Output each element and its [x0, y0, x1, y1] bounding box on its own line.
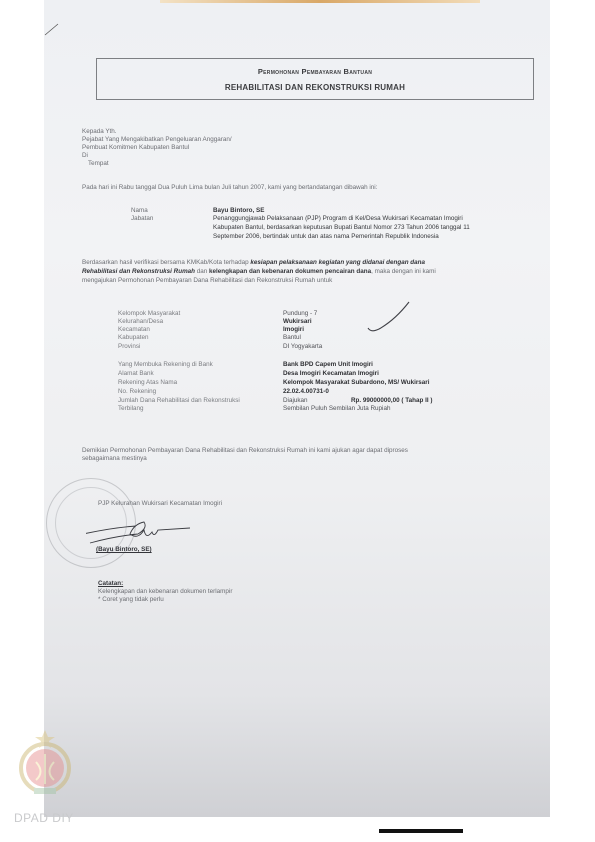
signer-name: (Bayu Bintoro, SE)	[96, 546, 152, 554]
jabatan-line-2: Kabupaten Bantul, berdasarkan keputusan …	[213, 224, 470, 232]
checkmark-icon	[365, 298, 425, 338]
detail-label: Provinsi	[118, 343, 140, 351]
body-emphasis-1: kesiapan pelaksanaan kegiatan yang didan…	[250, 259, 425, 266]
paper-top-edge	[160, 0, 480, 3]
detail-value: DI Yogyakarta	[283, 343, 322, 351]
signature-icon	[86, 510, 196, 550]
detail-value: Sembilan Puluh Sembilan Juta Rupiah	[283, 405, 390, 413]
title-line-2: REHABILITASI DAN REKONSTRUKSI RUMAH	[97, 83, 533, 92]
detail-value: Desa Imogiri Kecamatan Imogiri	[283, 370, 379, 378]
signature-role: PJP Kelurahan Wukirsari Kecamatan Imogir…	[98, 500, 222, 508]
body-line-1: Berdasarkan hasil verifikasi bersama KMK…	[82, 259, 425, 267]
pen-mark-icon	[44, 22, 60, 36]
page-divider-bar	[379, 829, 463, 833]
detail-label: Rekening Atas Nama	[118, 379, 177, 387]
body-text-2: dan	[195, 268, 209, 275]
closing-line-2: sebagaimana mestinya	[82, 455, 147, 463]
detail-label: Terbilang	[118, 405, 144, 413]
jabatan-label: Jabatan	[131, 215, 153, 223]
detail-label: Alamat Bank	[118, 370, 154, 378]
jabatan-line-3: September 2006, bertindak untuk dan atas…	[213, 233, 439, 241]
addressee-line-5: Tempat	[88, 160, 109, 168]
title-line-1: Permohonan Pembayaran Bantuan	[97, 67, 533, 76]
body-line-3: mengajukan Permohonan Pembayaran Dana Re…	[82, 277, 332, 285]
body-emphasis-2: Rehabilitasi dan Rekonstruksi Rumah	[82, 268, 195, 275]
detail-label: No. Rekening	[118, 388, 156, 396]
detail-value: Kelompok Masyarakat Subardono, MS/ Wukir…	[283, 379, 430, 387]
body-line-2: Rehabilitasi dan Rekonstruksi Rumah dan …	[82, 268, 436, 276]
jabatan-line-1: Penanggungjawab Pelaksanaan (PJP) Progra…	[213, 215, 463, 223]
detail-value: Bank BPD Capem Unit Imogiri	[283, 361, 373, 369]
dpad-emblem-icon	[14, 728, 76, 800]
detail-label: Kabupaten	[118, 334, 148, 342]
notes-line-2: * Coret yang tidak perlu	[98, 596, 164, 604]
watermark-text: DPAD DIY	[14, 811, 74, 825]
detail-label: Yang Membuka Rekening di Bank	[118, 361, 213, 369]
body-text-1: Berdasarkan hasil verifikasi bersama KMK…	[82, 259, 250, 266]
title-box: Permohonan Pembayaran Bantuan REHABILITA…	[96, 58, 534, 100]
opening-sentence: Pada hari ini Rabu tanggal Dua Puluh Lim…	[82, 184, 377, 192]
detail-value: Bantul	[283, 334, 301, 342]
body-emphasis-3: kelengkapan dan kebenaran dokumen pencai…	[209, 268, 371, 275]
detail-value: 22.02.4.00731-0	[283, 388, 329, 396]
addressee-line-3: Pembuat Komitmen Kabupaten Bantul	[82, 144, 189, 152]
body-text-3: , maka dengan ini kami	[371, 268, 436, 275]
